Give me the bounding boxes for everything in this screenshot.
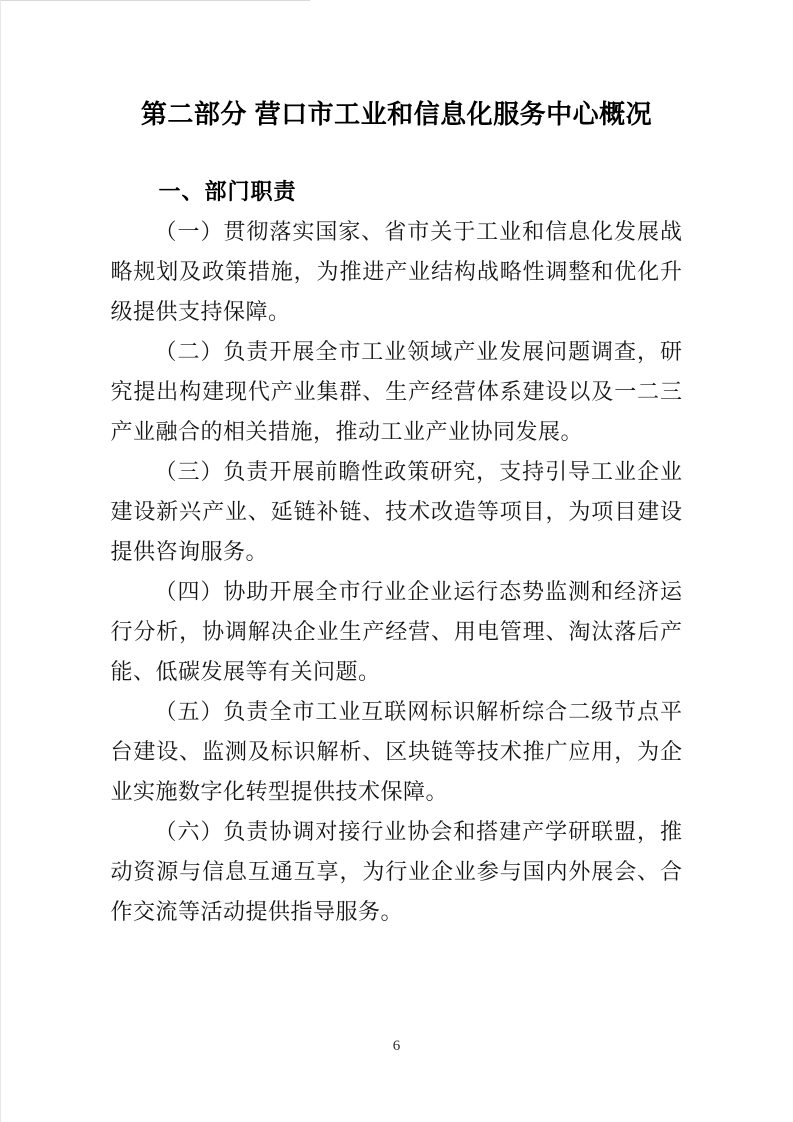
page-title: 第二部分 营口市工业和信息化服务中心概况 xyxy=(0,0,793,131)
page-number: 6 xyxy=(0,1038,793,1055)
body-paragraph-3: （三）负责开展前瞻性政策研究，支持引导工业企业建设新兴产业、延链补链、技术改造等… xyxy=(111,452,683,572)
body-paragraph-1: （一）贯彻落实国家、省市关于工业和信息化发展战略规划及政策措施，为推进产业结构战… xyxy=(111,212,683,332)
document-page: 第二部分 营口市工业和信息化服务中心概况 一、部门职责 （一）贯彻落实国家、省市… xyxy=(0,0,793,1122)
document-body: 一、部门职责 （一）贯彻落实国家、省市关于工业和信息化发展战略规划及政策措施，为… xyxy=(111,172,683,932)
body-paragraph-5: （五）负责全市工业互联网标识解析综合二级节点平台建设、监测及标识解析、区块链等技… xyxy=(111,692,683,812)
page-edge-left-line xyxy=(0,0,1,1122)
page-edge-top-line xyxy=(0,0,310,1)
body-paragraph-4: （四）协助开展全市行业企业运行态势监测和经济运行分析，协调解决企业生产经营、用电… xyxy=(111,572,683,692)
section-heading: 一、部门职责 xyxy=(111,172,683,212)
body-paragraph-2: （二）负责开展全市工业领域产业发展问题调查，研究提出构建现代产业集群、生产经营体… xyxy=(111,332,683,452)
body-paragraph-6: （六）负责协调对接行业协会和搭建产学研联盟，推动资源与信息互通互享，为行业企业参… xyxy=(111,812,683,932)
